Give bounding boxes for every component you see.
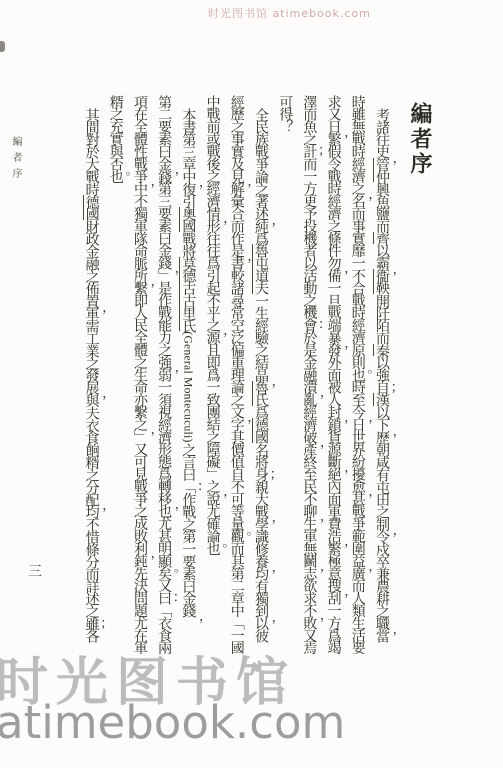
watermark-top: 时光图书馆 atimebook.com [208,5,371,21]
text-column: 其間對於大戰時德國財政金融之佈置，軍需工業之發展，與夫衣食餉糈之分配，均不惜條分… [78,95,102,655]
preface-text: 編者序 考諸往史，管仲興魚鹽而齊以霸，衞鞅開阡陌而秦以強；自漢以下，歷朝咸有屯田… [78,95,437,655]
book-page: 时光图书馆 atimebook.com 編者序 考諸往史，管仲興魚鹽而齊以霸，衞… [0,0,503,768]
page-number: 三 [28,561,42,581]
text-column: 澤而魚之計；而一方更予投機者以活動之機會：於是金融潰亂，經濟破產，終至民不聊生，… [296,95,320,655]
text-column: 糈之充實與否也。 [103,95,127,655]
text-column: 經歷之事實及見解，彙合而作是書，較諸尋常空泛偏重理論之文字，其價值自不可等量觀。… [224,95,248,655]
margin-running-title: 編者序 [8,136,23,184]
text-column: 中戰前或戰後之經濟情形，往往爲引起不平之源，且即爲一致團結之障礙」之說，尤確論也… [199,95,223,655]
text-column: 第二要素曰金錢，第三要素曰金錢」，是作戰能力之強弱，一須視經濟形態爲轉移也，尤甚… [151,95,175,655]
watermark-bottom-url: atimebook.com [0,696,345,749]
page-title: 編者序 [403,95,437,655]
text-column: 全民族戰爭論之著述，純爲魯屯道夫一生經驗之結晶，魯氏爲德國名將；身親大戰，學識修… [248,95,272,655]
scan-artifact [0,41,5,52]
text-column: 時雖無戰時經濟之名，而事實靡一不合戰時經濟原則也。時至今日，世界紛擾愈甚，戰爭範… [345,95,369,655]
